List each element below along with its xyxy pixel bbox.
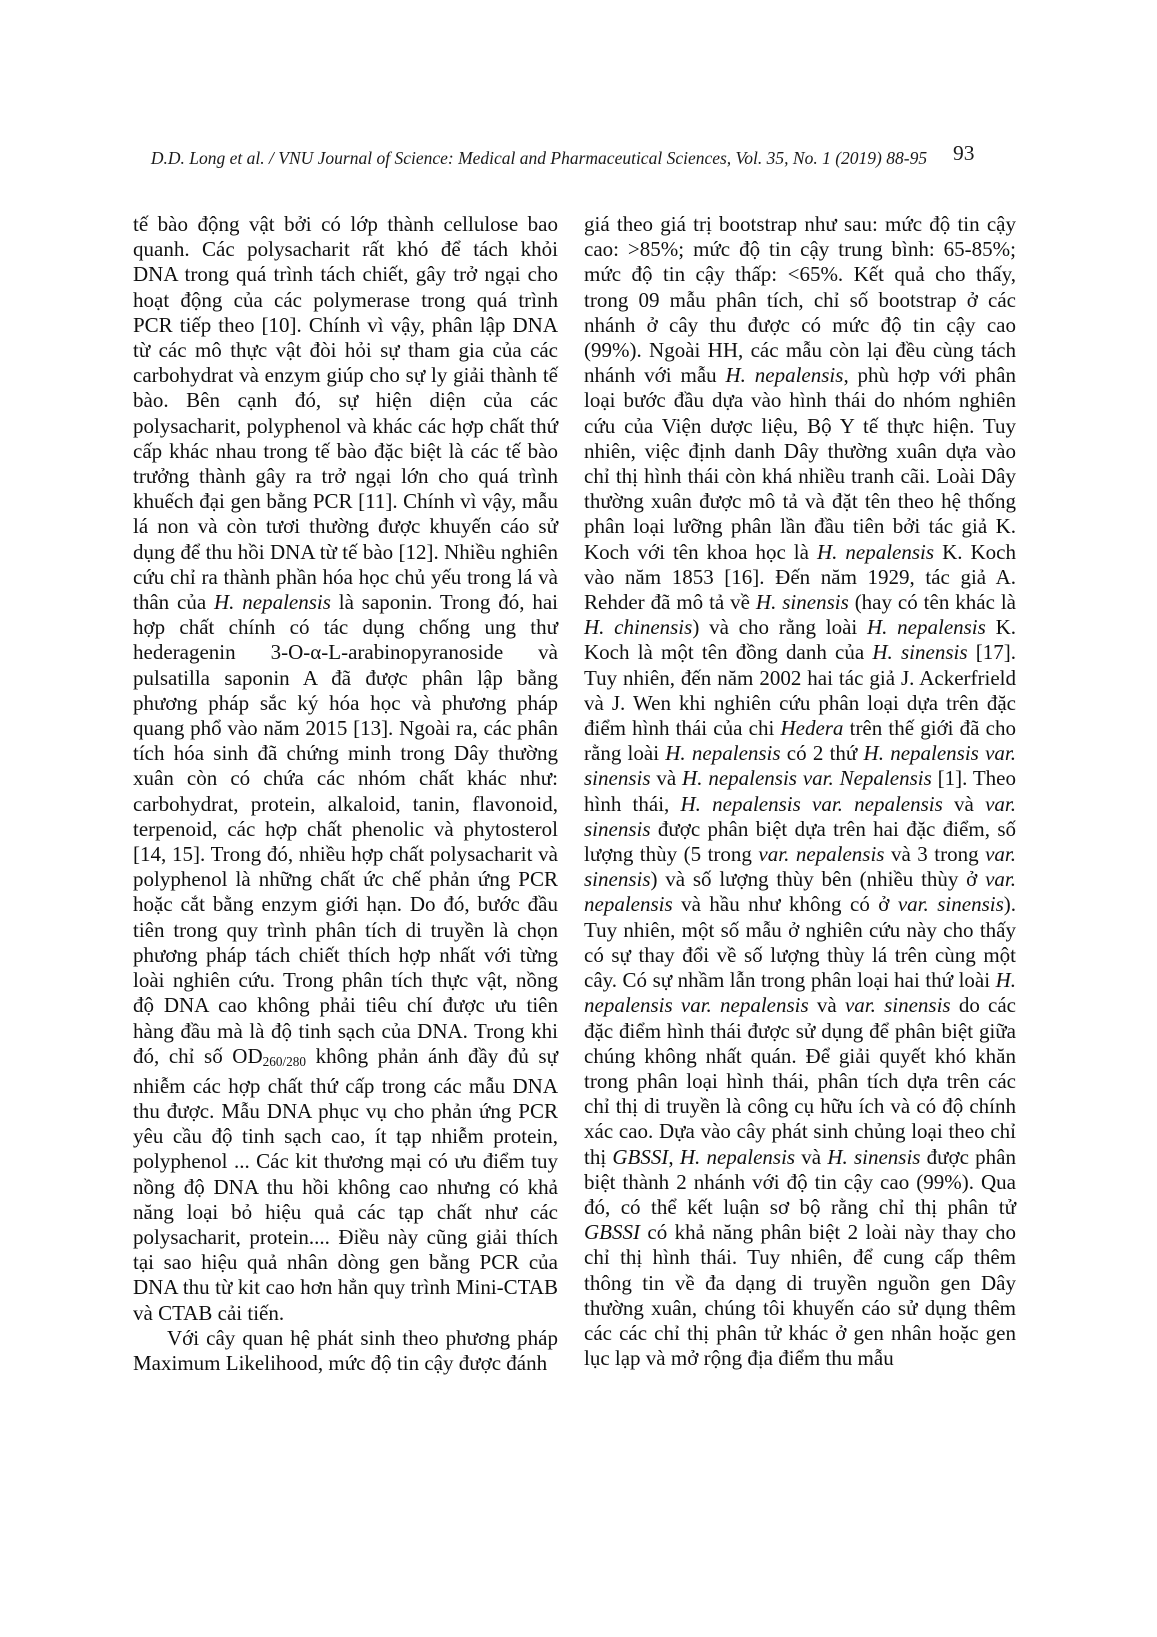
text-run: và [809,993,845,1017]
text-column-right: giá theo giá trị bootstrap như sau: mức … [584,212,1016,1376]
italic-text-run: H. nepalensis [665,741,780,765]
text-run: , [668,1145,679,1169]
italic-text-run: var. nepalensis [758,842,884,866]
paragraph: Với cây quan hệ phát sinh theo phương ph… [133,1326,558,1376]
italic-text-run: H. nepalensis var. nepalensis [681,792,943,816]
italic-text-run: var. sinensis [898,892,1004,916]
italic-text-run: H. nepalensis [817,540,934,564]
italic-text-run: var. sinensis [845,993,951,1017]
journal-page: D.D. Long et al. / VNU Journal of Scienc… [0,0,1157,1637]
italic-text-run: H. nepalensis [726,363,844,387]
text-run: có khả năng phân biệt 2 loài này thay ch… [584,1220,1016,1370]
italic-text-run: Hedera [780,716,843,740]
italic-text-run: H. sinensis [872,640,967,664]
paragraph: tế bào động vật bởi có lớp thành cellulo… [133,212,558,1326]
text-run: ) và số lượng thùy bên (nhiều thùy ở [651,867,986,891]
text-run: và [651,766,683,790]
text-run: giá theo giá trị bootstrap như sau: mức … [584,212,1016,387]
text-run: ) và cho rằng loài [692,615,867,639]
text-run: tế bào động vật bởi có lớp thành cellulo… [133,212,558,614]
text-run: có 2 thứ [781,741,864,765]
italic-text-run: GBSSI [584,1220,640,1244]
text-run: và [795,1145,827,1169]
paragraph: giá theo giá trị bootstrap như sau: mức … [584,212,1016,1371]
text-run: Với cây quan hệ phát sinh theo phương ph… [133,1326,558,1375]
italic-text-run: H. nepalensis [680,1145,795,1169]
italic-text-run: H. sinensis [756,590,849,614]
italic-text-run: H. sinensis [827,1145,920,1169]
text-run: là saponin. Trong đó, hai hợp chất chính… [133,590,558,1068]
italic-text-run: GBSSI [612,1145,668,1169]
italic-text-run: H. nepalensis var. Nepalensis [682,766,932,790]
text-run: không phản ánh đầy đủ sự nhiễm các hợp c… [133,1044,558,1325]
text-column-left: tế bào động vật bởi có lớp thành cellulo… [133,212,558,1376]
page-number: 93 [953,141,975,166]
text-run: (hay có tên khác là [849,590,1016,614]
two-column-body: tế bào động vật bởi có lớp thành cellulo… [133,212,1016,1376]
subscript-text-run: 260/280 [263,1054,306,1069]
text-run: và [943,792,985,816]
italic-text-run: H. nepalensis [867,615,986,639]
italic-text-run: H. nepalensis [214,590,331,614]
italic-text-run: H. chinensis [584,615,692,639]
text-run: , phù hợp với phân loại bước đầu dựa vào… [584,363,1016,563]
text-run: và hầu như không có ở [673,892,898,916]
text-run: do các đặc điểm hình thái được sử dụng đ… [584,993,1016,1168]
running-header: D.D. Long et al. / VNU Journal of Scienc… [133,147,945,169]
text-run: và 3 trong [884,842,985,866]
